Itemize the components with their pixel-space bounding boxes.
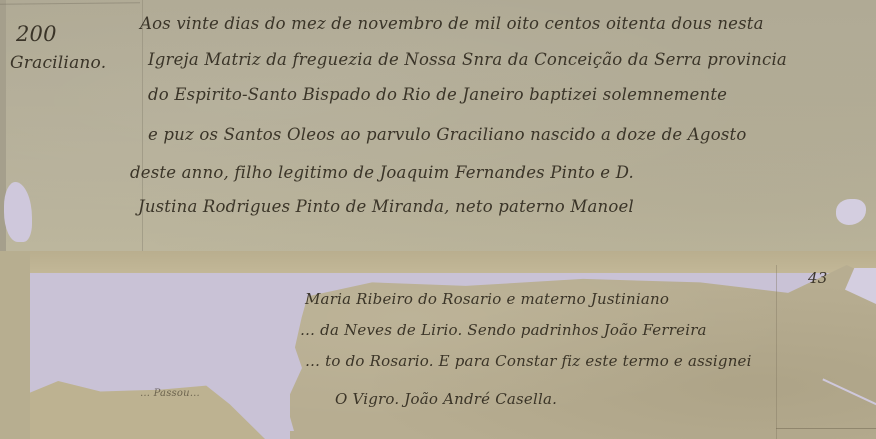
margin-child-name: Graciliano. — [10, 53, 106, 73]
fragment-line-1: Maria Ribeiro do Rosario e materno Justi… — [305, 290, 669, 308]
entry-line-5: deste anno, filho legitimo de Joaquim Fe… — [130, 163, 634, 182]
entry-line-6: Justina Rodrigues Pinto de Miranda, neto… — [138, 197, 634, 216]
paper-fragment-left — [0, 251, 30, 439]
fragment-line-3: … to do Rosario. E para Constar fiz este… — [305, 352, 752, 370]
fold-crease — [776, 428, 876, 429]
entry-number: 200 — [16, 22, 57, 46]
entry-line-1: Aos vinte dias do mez de novembro de mil… — [140, 14, 764, 33]
fold-strip — [0, 251, 876, 273]
fold-crease — [776, 265, 777, 439]
priest-signature: O Vigro. João André Casella. — [335, 390, 557, 408]
entry-line-2: Igreja Matriz da freguezia de Nossa Snra… — [148, 50, 787, 69]
torn-lower-page — [0, 251, 876, 439]
folio-mark: 43 — [808, 269, 828, 287]
entry-line-4: e puz os Santos Oleos ao parvulo Gracili… — [148, 125, 746, 144]
document-scan: 200 Graciliano. Aos vinte dias do mez de… — [0, 0, 876, 439]
fragment-line-2: … da Neves de Lirio. Sendo padrinhos Joã… — [300, 321, 707, 339]
torn-scrap-text: … Passou… — [140, 388, 200, 399]
entry-line-3: do Espirito-Santo Bispado do Rio de Jane… — [148, 85, 727, 104]
